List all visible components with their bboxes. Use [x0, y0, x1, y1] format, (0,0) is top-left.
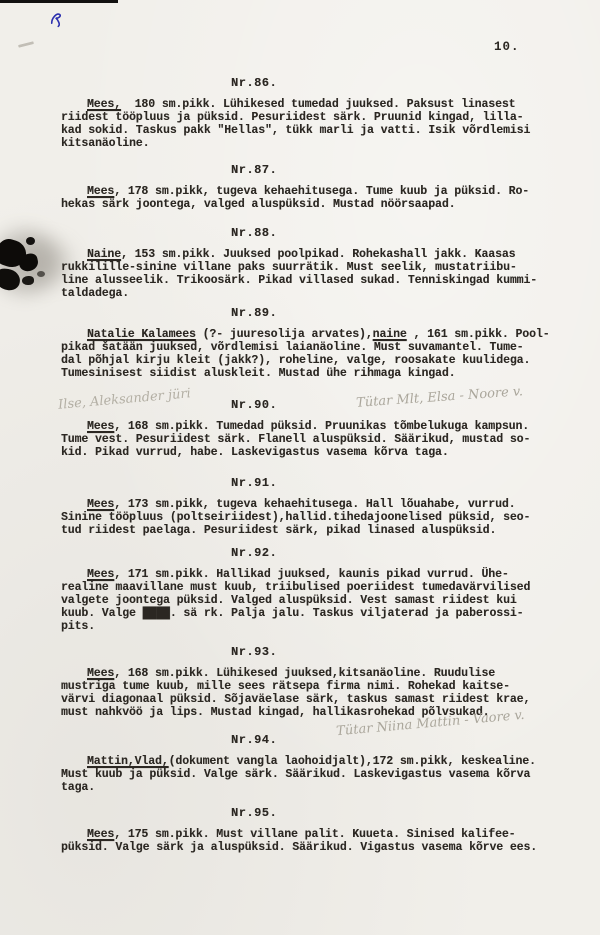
- scan-edge-artifact: [0, 0, 118, 3]
- page-number: 10.: [494, 40, 520, 54]
- entry-body-text: , 175 sm.pikk. Must villane palit. Kuuet…: [61, 828, 537, 854]
- entry-body-text: , 153 sm.pikk. Juuksed poolpikad. Roheka…: [61, 248, 537, 300]
- entry-nr-91: Nr.91. Mees, 173 sm.pikk, tugeva kehaehi…: [0, 476, 600, 537]
- entry-lead: Mees: [87, 667, 114, 680]
- entry-text: Mees, 168 sm.pikk. Tumedad püksid. Pruun…: [61, 420, 582, 459]
- entry-number: Nr.89.: [231, 306, 600, 320]
- entry-nr-89: Nr.89. Natalie Kalamees (?- juuresolija …: [0, 306, 600, 380]
- entry-text: Natalie Kalamees (?- juuresolija arvates…: [61, 328, 582, 380]
- entry-body-text: 180 sm.pikk. Lühikesed tumedad juuksed. …: [61, 98, 530, 150]
- entry-lead: Mees: [87, 185, 114, 198]
- entry-body-text: , 178 sm.pikk, tugeva kehaehitusega. Tum…: [61, 185, 529, 211]
- entry-lead: Natalie Kalamees: [87, 328, 196, 341]
- entry-nr-92: Nr.92. Mees, 171 sm.pikk. Hallikad juuks…: [0, 546, 600, 633]
- entry-lead: Mees,: [87, 98, 121, 111]
- document-page: 10. Nr.86. Mees, 180 sm.pikk. Lühikesed …: [0, 0, 600, 935]
- entry-number: Nr.91.: [231, 476, 600, 490]
- entry-number: Nr.93.: [231, 645, 600, 659]
- entry-text: Mees, 180 sm.pikk. Lühikesed tumedad juu…: [61, 98, 582, 150]
- entry-nr-88: Nr.88. Naine, 153 sm.pikk. Juuksed poolp…: [0, 226, 600, 300]
- entry-body-text: , 173 sm.pikk, tugeva kehaehitusega. Hal…: [61, 498, 530, 537]
- entry-text: Naine, 153 sm.pikk. Juuksed poolpikad. R…: [61, 248, 582, 300]
- entry-nr-86: Nr.86. Mees, 180 sm.pikk. Lühikesed tume…: [0, 76, 600, 150]
- entry-lead: Naine: [87, 248, 121, 261]
- entry-number: Nr.88.: [231, 226, 600, 240]
- entry-lead: Mees: [87, 568, 114, 581]
- entry-body-text: , 168 sm.pikk. Tumedad püksid. Pruunikas…: [61, 420, 530, 459]
- entry-number: Nr.90.: [231, 398, 600, 412]
- entry-text: Mees, 173 sm.pikk, tugeva kehaehitusega.…: [61, 498, 582, 537]
- entry-text: Mees, 178 sm.pikk, tugeva kehaehitusega.…: [61, 185, 582, 211]
- entry-nr-95: Nr.95. Mees, 175 sm.pikk. Must villane p…: [0, 806, 600, 854]
- entry-nr-90: Nr.90. Mees, 168 sm.pikk. Tumedad püksid…: [0, 398, 600, 459]
- pencil-smudge: [18, 41, 34, 48]
- entry-lead: Mees: [87, 828, 114, 841]
- entry-text: Mees, 175 sm.pikk. Must villane palit. K…: [61, 828, 582, 854]
- entry-text: Mattin,Vlad,(dokument vangla laohoidjalt…: [61, 755, 582, 794]
- entry-text: Mees, 171 sm.pikk. Hallikad juuksed, kau…: [61, 568, 582, 633]
- entry-number: Nr.87.: [231, 163, 600, 177]
- entry-number: Nr.94.: [231, 733, 600, 747]
- blue-pen-mark-icon: [48, 10, 65, 34]
- entry-nr-94: Nr.94. Mattin,Vlad,(dokument vangla laoh…: [0, 733, 600, 794]
- entry-nr-93: Nr.93. Mees, 168 sm.pikk. Lühikesed juuk…: [0, 645, 600, 719]
- entry-number: Nr.92.: [231, 546, 600, 560]
- entry-body-text: , 168 sm.pikk. Lühikesed juuksed,kitsanä…: [61, 667, 530, 719]
- entry-lead-2: naine: [373, 328, 407, 341]
- entry-lead: Mees: [87, 420, 114, 433]
- entry-body-text: (?- juuresolija arvates),: [196, 328, 373, 341]
- entry-number: Nr.86.: [231, 76, 600, 90]
- entry-body-text: , 171 sm.pikk. Hallikad juuksed, kaunis …: [61, 568, 530, 633]
- entry-nr-87: Nr.87. Mees, 178 sm.pikk, tugeva kehaehi…: [0, 163, 600, 211]
- entry-number: Nr.95.: [231, 806, 600, 820]
- entry-lead: Mees: [87, 498, 114, 511]
- entry-lead: Mattin,Vlad,: [87, 755, 169, 768]
